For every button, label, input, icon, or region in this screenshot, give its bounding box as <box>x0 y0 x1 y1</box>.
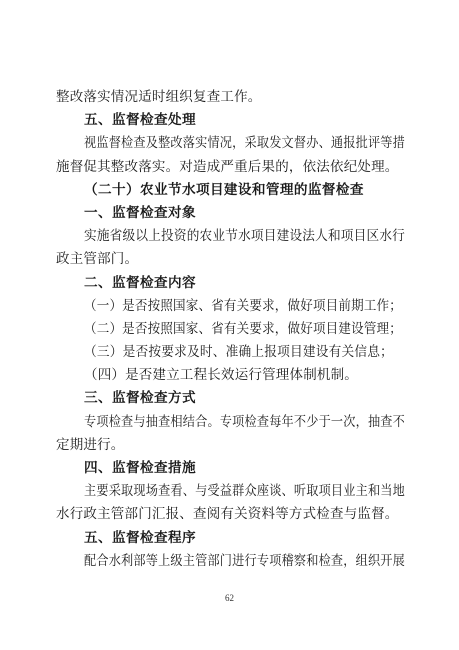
line-text: 三、监督检查方式 <box>84 386 196 409</box>
line-text: 主要采取现场查看、与受益群众座谈、听取项目业主和当地 <box>84 479 405 502</box>
heading-line: 四、监督检查措施 <box>56 456 405 479</box>
line-text: 政主管部门。 <box>56 247 138 270</box>
body-line: （四）是否建立工程长效运行管理体制机制。 <box>56 363 405 386</box>
heading-line: 五、监督检查程序 <box>56 526 405 549</box>
line-text: 实施省级以上投资的农业节水项目建设法人和项目区水行 <box>84 224 405 247</box>
heading-line: 二、监督检查内容 <box>56 271 405 294</box>
body-line: 定期进行。 <box>56 433 405 456</box>
line-text: 四、监督检查措施 <box>84 456 196 479</box>
body-line: （一）是否按照国家、省有关要求，做好项目前期工作； <box>56 294 405 317</box>
line-text: 定期进行。 <box>56 433 125 456</box>
line-text: 二、监督检查内容 <box>84 271 196 294</box>
document-body: 整改落实情况适时组织复查工作。五、监督检查处理视监督检查及整改落实情况，采取发文… <box>56 85 405 572</box>
body-line: （三）是否按要求及时、准确上报项目建设有关信息； <box>56 340 405 363</box>
heading-line: 三、监督检查方式 <box>56 386 405 409</box>
body-line: 水行政主管部门汇报、查阅有关资料等方式检查与监督。 <box>56 502 405 525</box>
line-text: 专项检查与抽查相结合。专项检查每年不少于一次，抽查不 <box>84 410 405 433</box>
line-text: 五、监督检查程序 <box>84 526 196 549</box>
body-line: 施督促其整改落实。对造成严重后果的，依法依纪处理。 <box>56 155 405 178</box>
line-text: （一）是否按照国家、省有关要求，做好项目前期工作； <box>84 294 402 317</box>
heading-line: （二十）农业节水项目建设和管理的监督检查 <box>56 178 405 201</box>
line-text: 水行政主管部门汇报、查阅有关资料等方式检查与监督。 <box>56 502 399 525</box>
body-line: 政主管部门。 <box>56 247 405 270</box>
body-line: 视监督检查及整改落实情况，采取发文督办、通报批评等措 <box>56 131 405 154</box>
body-line: （二）是否按照国家、省有关要求，做好项目建设管理； <box>56 317 405 340</box>
line-text: 一、监督检查对象 <box>84 201 196 224</box>
line-text: （二十）农业节水项目建设和管理的监督检查 <box>84 178 364 201</box>
heading-line: 五、监督检查处理 <box>56 108 405 131</box>
line-text: 施督促其整改落实。对造成严重后果的，依法依纪处理。 <box>56 155 399 178</box>
line-text: （三）是否按要求及时、准确上报项目建设有关信息； <box>84 340 393 363</box>
line-text: 五、监督检查处理 <box>84 108 196 131</box>
body-line: 整改落实情况适时组织复查工作。 <box>56 85 405 108</box>
line-text: 配合水利部等上级主管部门进行专项稽察和检查，组织开展 <box>84 549 405 572</box>
body-line: 专项检查与抽查相结合。专项检查每年不少于一次，抽查不 <box>56 410 405 433</box>
line-text: （四）是否建立工程长效运行管理体制机制。 <box>84 363 358 386</box>
line-text: 整改落实情况适时组织复查工作。 <box>56 85 262 108</box>
line-text: （二）是否按照国家、省有关要求，做好项目建设管理； <box>84 317 402 340</box>
heading-line: 一、监督检查对象 <box>56 201 405 224</box>
body-line: 主要采取现场查看、与受益群众座谈、听取项目业主和当地 <box>56 479 405 502</box>
line-text: 视监督检查及整改落实情况，采取发文督办、通报批评等措 <box>84 131 405 154</box>
body-line: 实施省级以上投资的农业节水项目建设法人和项目区水行 <box>56 224 405 247</box>
page-number: 62 <box>0 592 459 604</box>
document-page: 整改落实情况适时组织复查工作。五、监督检查处理视监督检查及整改落实情况，采取发文… <box>0 0 459 650</box>
body-line: 配合水利部等上级主管部门进行专项稽察和检查，组织开展 <box>56 549 405 572</box>
